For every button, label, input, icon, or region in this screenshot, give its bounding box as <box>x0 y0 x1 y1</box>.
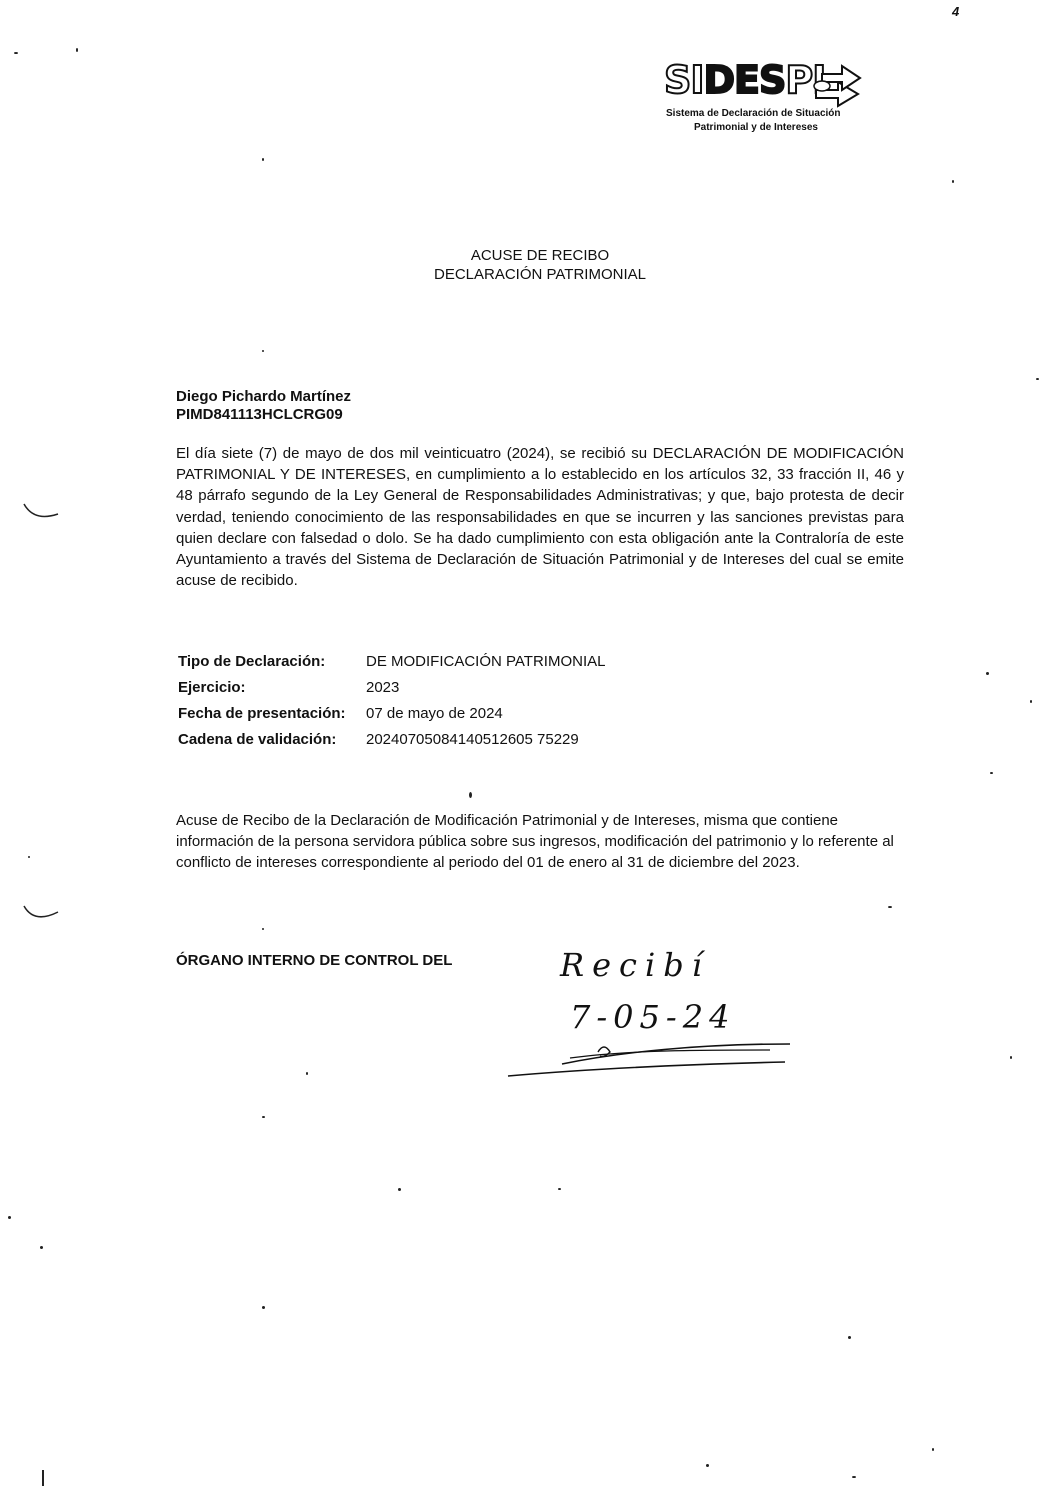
scan-mark <box>22 902 62 926</box>
scan-speck <box>558 1188 561 1190</box>
document-subtitle: DECLARACIÓN PATRIMONIAL <box>0 266 1058 283</box>
scan-speck <box>76 48 78 52</box>
scan-speck <box>306 1072 308 1075</box>
body-paragraph: El día siete (7) de mayo de dos mil vein… <box>176 443 904 591</box>
scan-speck <box>262 350 264 352</box>
scan-speck <box>28 856 30 858</box>
scan-speck <box>1030 700 1032 703</box>
scan-speck <box>932 1448 934 1451</box>
detail-value: DE MODIFICACIÓN PATRIMONIAL <box>366 653 605 670</box>
logo-wordmark: SIDESPI <box>664 58 825 102</box>
handwritten-signature: Recibí 7-05-24 <box>500 940 800 1090</box>
declarant-name: Diego Pichardo Martínez <box>176 388 351 405</box>
scan-speck <box>1036 378 1039 380</box>
scan-speck <box>1010 1056 1012 1059</box>
detail-label: Ejercicio: <box>178 679 366 696</box>
detail-row: Cadena de validación: 202407050841405126… <box>178 726 605 752</box>
detail-row: Ejercicio: 2023 <box>178 674 605 700</box>
scan-speck <box>888 906 892 908</box>
summary-paragraph: Acuse de Recibo de la Declaración de Mod… <box>176 810 906 873</box>
scan-speck <box>262 1116 265 1118</box>
scan-speck <box>398 1188 401 1191</box>
scan-speck <box>262 158 264 161</box>
handwritten-received: Recibí <box>559 946 710 984</box>
scan-speck <box>262 928 264 930</box>
scan-speck <box>990 772 993 774</box>
handwritten-date: 7-05-24 <box>570 998 735 1036</box>
detail-row: Tipo de Declaración: DE MODIFICACIÓN PAT… <box>178 648 605 674</box>
scan-speck <box>14 52 18 54</box>
scan-speck <box>42 1470 44 1486</box>
sidespi-logo: SIDESPI Sistema de Declaración de Situac… <box>664 58 864 138</box>
logo-subtitle-2: Patrimonial y de Intereses <box>694 122 818 133</box>
detail-label: Cadena de validación: <box>178 731 366 748</box>
scan-speck <box>262 1306 265 1309</box>
scan-speck <box>952 180 954 183</box>
detail-label: Tipo de Declaración: <box>178 653 366 670</box>
detail-label: Fecha de presentación: <box>178 705 366 722</box>
scan-speck <box>848 1336 851 1339</box>
declaration-details: Tipo de Declaración: DE MODIFICACIÓN PAT… <box>178 648 605 752</box>
scan-mark <box>22 500 62 524</box>
detail-value: 20240705084140512605 75229 <box>366 731 579 748</box>
scan-speck <box>469 792 472 798</box>
scan-speck <box>986 672 989 675</box>
logo-subtitle-1: Sistema de Declaración de Situación <box>666 108 841 119</box>
page-number: 4 <box>952 4 959 19</box>
scan-speck <box>40 1246 43 1249</box>
document-title: ACUSE DE RECIBO <box>0 247 1058 264</box>
arrow-logo-icon <box>812 60 862 108</box>
scan-speck <box>706 1464 709 1467</box>
detail-row: Fecha de presentación: 07 de mayo de 202… <box>178 700 605 726</box>
detail-value: 2023 <box>366 679 399 696</box>
declarant-rfc: PIMD841113HCLCRG09 <box>176 406 343 423</box>
detail-value: 07 de mayo de 2024 <box>366 705 503 722</box>
scan-speck <box>8 1216 11 1219</box>
organo-interno-label: ÓRGANO INTERNO DE CONTROL DEL <box>176 952 452 969</box>
scan-speck <box>852 1476 856 1478</box>
